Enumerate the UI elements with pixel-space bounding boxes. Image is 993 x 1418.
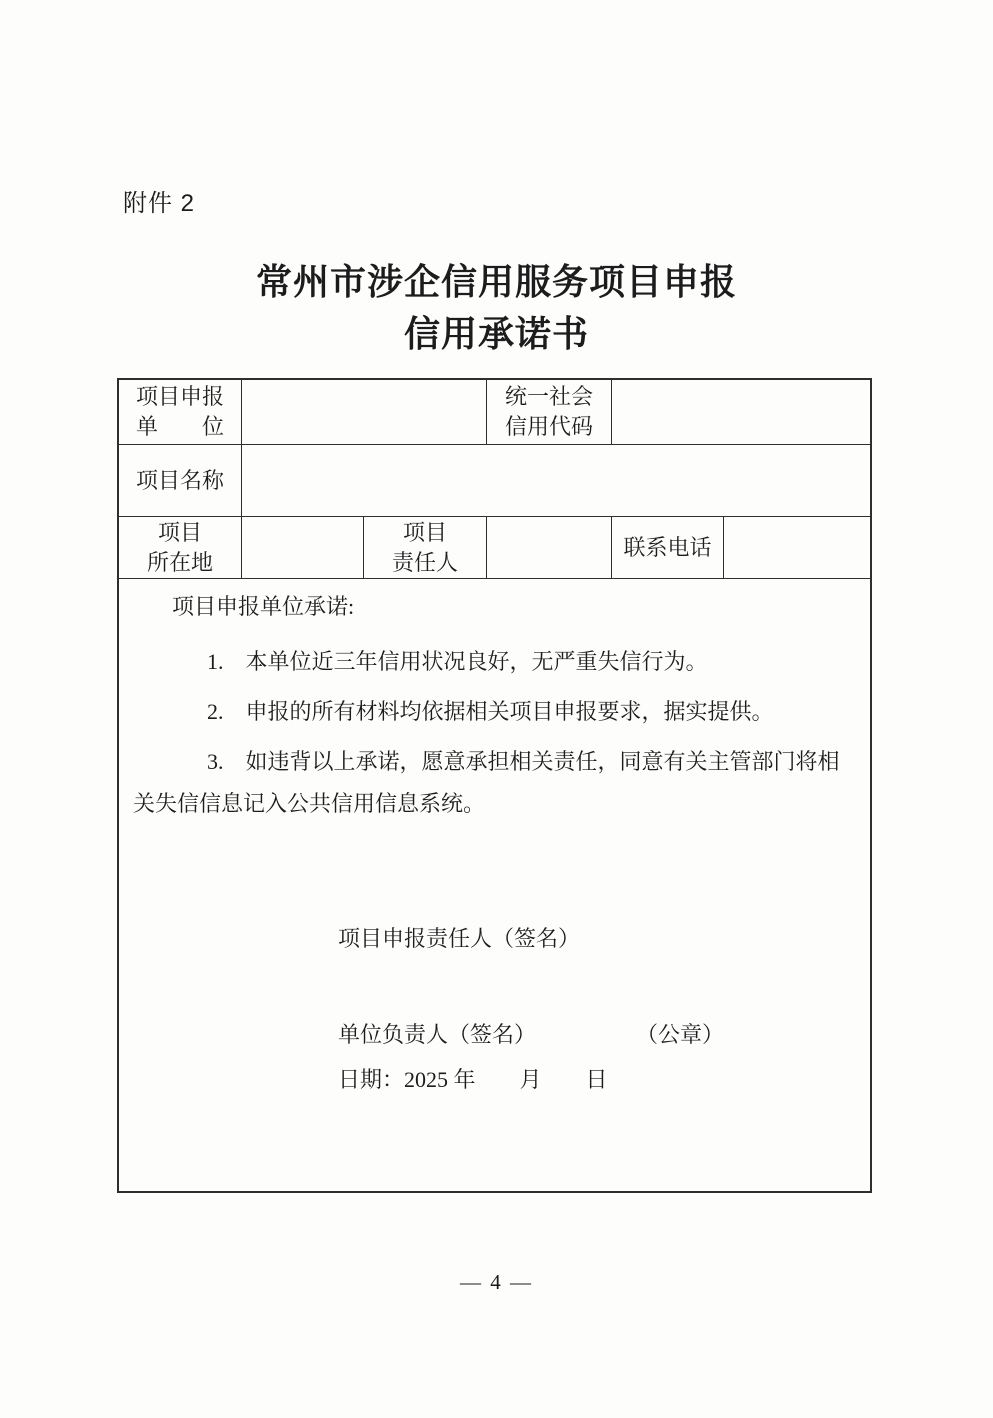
- project-leader-label-line2: 责任人: [392, 548, 458, 578]
- project-name-value-cell: [242, 445, 870, 517]
- applicant-unit-label: 项目申报 单 位: [119, 380, 242, 445]
- credit-code-label-line2: 信用代码: [505, 412, 593, 442]
- project-location-label-line1: 项目: [158, 518, 202, 548]
- commitment-heading: 项目申报单位承诺:: [133, 591, 856, 623]
- commitment-section: 项目申报单位承诺: 1. 本单位近三年信用状况良好，无严重失信行为。 2. 申报…: [119, 579, 870, 1191]
- commitment-item-2: 2. 申报的所有材料均依据相关项目申报要求，据实提供。: [133, 691, 856, 733]
- commitment-item-1: 1. 本单位近三年信用状况良好，无严重失信行为。: [133, 641, 856, 683]
- project-leader-label: 项目 责任人: [364, 517, 487, 579]
- project-location-label: 项目 所在地: [119, 517, 242, 579]
- credit-code-label-line1: 统一社会: [505, 382, 593, 412]
- contact-phone-label: 联系电话: [612, 517, 724, 579]
- credit-code-label: 统一社会 信用代码: [487, 380, 612, 445]
- page-number: — 4 —: [0, 1270, 993, 1295]
- project-leader-label-line1: 项目: [403, 518, 447, 548]
- commitment-item-3: 3. 如违背以上承诺，愿意承担相关责任，同意有关主管部门将相关失信信息记入公共信…: [133, 741, 856, 825]
- applicant-unit-label-line2: 单 位: [136, 412, 224, 442]
- applicant-unit-label-line1: 项目申报: [136, 382, 224, 412]
- credit-code-value-cell: [612, 380, 870, 445]
- attachment-label: 附件 2: [123, 183, 195, 218]
- project-leader-signature-label: 项目申报责任人（签名）: [338, 924, 856, 954]
- document-page: 附件 2 常州市涉企信用服务项目申报 信用承诺书 项目申报 单 位 统一社会 信…: [0, 0, 993, 1418]
- title-line-1: 常州市涉企信用服务项目申报: [0, 256, 993, 308]
- project-location-value-cell: [242, 517, 364, 579]
- document-title: 常州市涉企信用服务项目申报 信用承诺书: [0, 256, 993, 360]
- project-location-label-line2: 所在地: [147, 548, 213, 578]
- contact-phone-value-cell: [724, 517, 870, 579]
- unit-head-signature-row: 单位负责人（签名） （公章）: [338, 1020, 856, 1050]
- title-line-2: 信用承诺书: [0, 308, 993, 360]
- official-seal-label: （公章）: [636, 1020, 724, 1050]
- project-name-label: 项目名称: [119, 445, 242, 517]
- applicant-unit-value-cell: [242, 380, 487, 445]
- application-form-table: 项目申报 单 位 统一社会 信用代码 项目名称 项目 所在地 项目 责任人 联系…: [117, 378, 872, 1193]
- unit-head-signature-label: 单位负责人（签名）: [338, 1020, 536, 1050]
- signature-date-line: 日期：2025 年 月 日: [338, 1065, 856, 1095]
- project-leader-value-cell: [487, 517, 612, 579]
